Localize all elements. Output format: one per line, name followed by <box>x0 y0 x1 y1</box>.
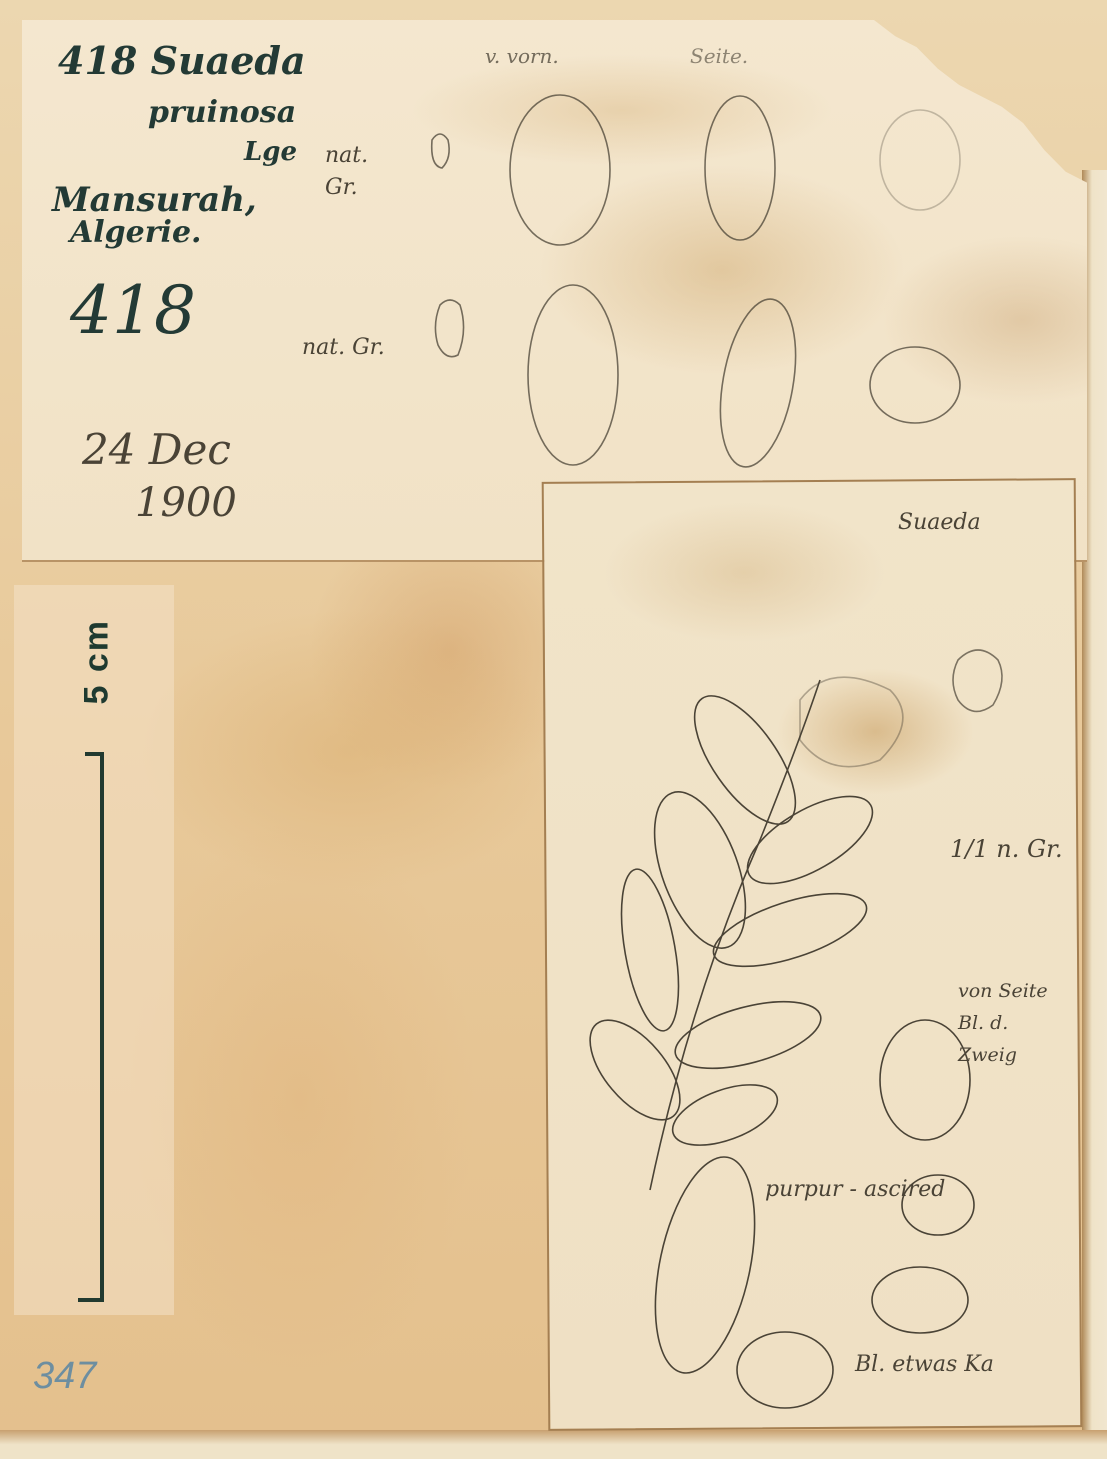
leaf-sketch-icon <box>432 95 960 473</box>
branch-sketch-icon <box>573 650 1002 1408</box>
botanical-sketches <box>0 0 1107 1459</box>
